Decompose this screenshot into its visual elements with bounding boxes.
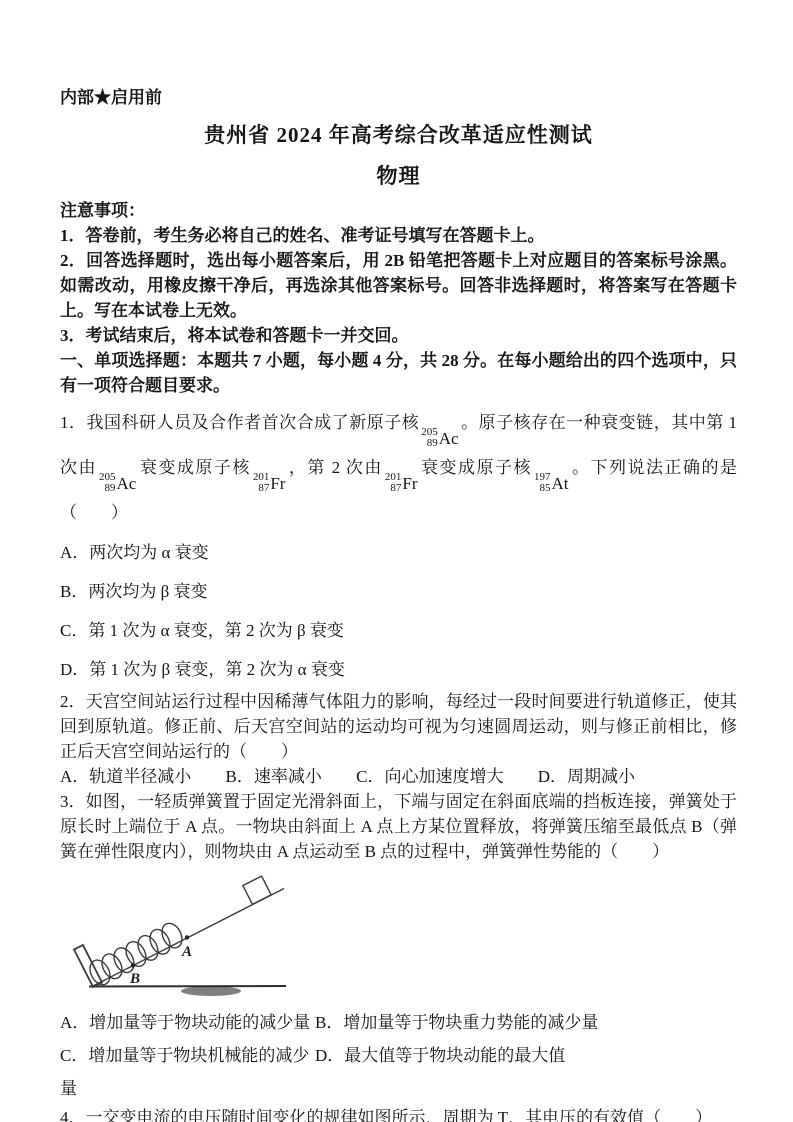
point-a-dot [185, 935, 189, 939]
question-1-option-b: B．两次均为 β 衰变 [60, 572, 737, 611]
question-3-options: A．增加量等于物块动能的减少量 B．增加量等于物块重力势能的减少量 C．增加量等… [60, 1006, 737, 1105]
point-a-label: A [181, 944, 192, 960]
nuclide-fr-201-2: 20187Fr [385, 472, 418, 494]
question-2-option-a: A．轨道半径减小 [60, 764, 191, 789]
exam-title: 贵州省 2024 年高考综合改革适应性测试 [60, 122, 737, 148]
section-one-heading: 一、单项选择题：本题共 7 小题，每小题 4 分，共 28 分。在每小题给出的四… [60, 348, 737, 398]
question-1-options: A．两次均为 α 衰变 B．两次均为 β 衰变 C．第 1 次为 α 衰变，第 … [60, 533, 737, 689]
nuclide-ac-205-2: 20589Ac [99, 472, 136, 494]
question-1-option-d: D．第 1 次为 β 衰变，第 2 次为 α 衰变 [60, 650, 737, 689]
classification-label: 内部★启用前 [60, 88, 737, 108]
nuclide-fr-201-1: 20187Fr [253, 472, 286, 494]
notice-heading: 注意事项： [60, 198, 737, 223]
question-1-stem-part: 衰变成原子核 [138, 458, 250, 477]
question-1-stem-part: 1．我国科研人员及合作者首次合成了新原子核 [60, 413, 419, 432]
question-4-stem: 4．一交变电流的电压随时间变化的规律如图所示，周期为 T，其电压的有效值（ ） [60, 1105, 737, 1122]
incline-spring-diagram: A B [56, 870, 348, 998]
notice-item-2: 2．回答选择题时，选出每小题答案后，用 2B 铅笔把答题卡上对应题目的答案标号涂… [60, 248, 737, 323]
question-3-option-c: C．增加量等于物块机械能的减少量 [60, 1039, 315, 1105]
question-3-stem: 3．如图，一轻质弹簧置于固定光滑斜面上，下端与固定在斜面底端的挡板连接，弹簧处于… [60, 789, 737, 864]
notice-item-1: 1．答卷前，考生务必将自己的姓名、准考证号填写在答题卡上。 [60, 223, 737, 248]
notice-item-3: 3．考试结束后，将本试卷和答题卡一并交回。 [60, 323, 737, 348]
question-3-option-a: A．增加量等于物块动能的减少量 [60, 1006, 315, 1039]
question-2-option-c: C．向心加速度增大 [356, 764, 503, 789]
nuclide-ac-205-1: 20589Ac [421, 427, 458, 449]
question-2-option-b: B．速率减小 [226, 764, 322, 789]
question-2-option-d: D．周期减小 [538, 764, 635, 789]
ground-line [89, 986, 286, 987]
question-1-option-c: C．第 1 次为 α 衰变，第 2 次为 β 衰变 [60, 611, 737, 650]
point-b-dot [131, 963, 135, 967]
question-1-stem: 1．我国科研人员及合作者首次合成了新原子核20589Ac。原子核存在一种衰变链，… [60, 404, 737, 531]
question-1-stem-part: ，第 2 次由 [287, 458, 382, 477]
question-3-figure: A B [56, 870, 737, 998]
question-1-stem-part: 衰变成原子核 [420, 458, 532, 477]
subject-title: 物理 [60, 163, 737, 189]
question-3-option-d: D．最大值等于物块动能的最大值 [315, 1039, 737, 1105]
nuclide-at-197: 19785At [534, 472, 569, 494]
exam-page: 内部★启用前 贵州省 2024 年高考综合改革适应性测试 物理 注意事项： 1．… [0, 0, 793, 1122]
block [243, 876, 271, 904]
baffle [74, 945, 102, 987]
question-2-options: A．轨道半径减小 B．速率减小 C．向心加速度增大 D．周期减小 [60, 764, 737, 789]
question-2-stem: 2．天宫空间站运行过程中因稀薄气体阻力的影响，每经过一段时间要进行轨道修正，使其… [60, 689, 737, 764]
question-1-option-a: A．两次均为 α 衰变 [60, 533, 737, 572]
point-b-label: B [129, 971, 140, 987]
question-3-option-b: B．增加量等于物块重力势能的减少量 [315, 1006, 737, 1039]
